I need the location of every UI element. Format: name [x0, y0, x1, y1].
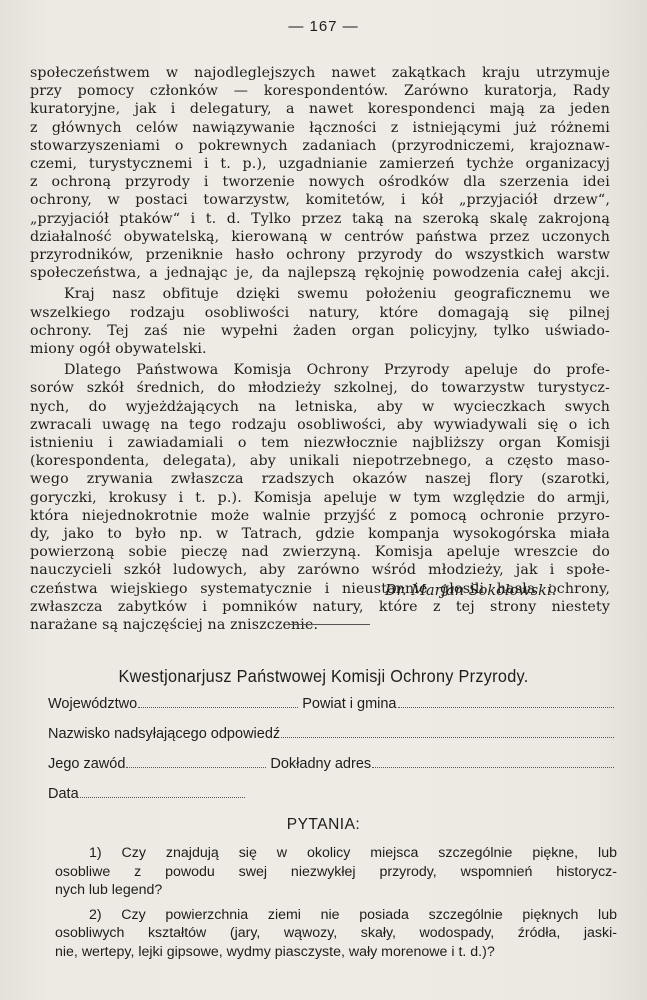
text-line: osobliwych kształtów (jary, wąwozy, skał… — [55, 924, 617, 943]
text-line: 1) Czy znajdują się w okolicy miejsca sz… — [55, 844, 617, 863]
questionnaire-form: Województwo Powiat i gmina Nazwisko nads… — [48, 696, 618, 816]
occupation-field[interactable] — [126, 756, 266, 768]
text-line: wego zrywania zwłaszcza rzadszych okazów… — [30, 470, 610, 488]
text-line: społeczeństwem w najodleglejszych nawet … — [30, 64, 610, 82]
text-line: nych, do wyjeżdżających na letniska, aby… — [30, 398, 610, 416]
text-line: narażane są najczęściej na zniszczenie. — [30, 616, 610, 634]
text-line: przy pomocy członków — korespondentów. Z… — [30, 82, 610, 100]
text-line: wszelkiego rodzaju osobliwości natury, k… — [30, 304, 610, 322]
text-line: miony ogół obywatelski. — [30, 340, 610, 358]
text-line: która niejednokrotnie może walnie przyjś… — [30, 507, 610, 525]
paragraph: społeczeństwem w najodleglejszych nawet … — [30, 64, 610, 282]
text-line: nauczycieli szkół ludowych, aby zarówno … — [30, 561, 610, 579]
form-row-occupation: Jego zawód Dokładny adres — [48, 756, 618, 786]
form-row-date: Data — [48, 786, 618, 816]
text-line: zwracali uwagę na tego rodzaju osobliwoś… — [30, 416, 610, 434]
scanned-page: — 167 — społeczeństwem w najodleglejszyc… — [0, 0, 647, 1000]
questionnaire-title: Kwestjonarjusz Państwowej Komisji Ochron… — [23, 666, 625, 687]
form-row-voivodeship: Województwo Powiat i gmina — [48, 696, 618, 726]
text-line: ochrony. Tej zaś nie wypełni żaden organ… — [30, 322, 610, 340]
address-field[interactable] — [372, 756, 614, 768]
address-label: Dokładny adres — [270, 756, 371, 772]
paragraph: Kraj nasz obfituje dzięki swemu położeni… — [30, 285, 610, 358]
occupation-label: Jego zawód — [48, 756, 125, 772]
district-field[interactable] — [398, 696, 615, 708]
text-line: zwłaszcza zabytków i pomników natury, kt… — [30, 598, 610, 616]
text-line: (korespondenta, delegata), aby unikali n… — [30, 452, 610, 470]
text-line: kuratoryjne, jak i delegatury, a nawet k… — [30, 100, 610, 118]
text-line: stowarzyszeniami o pokrewnych zadaniach … — [30, 137, 610, 155]
text-line: z ochroną przyrody i tworzenie nowych oś… — [30, 173, 610, 191]
text-line: Kraj nasz obfituje dzięki swemu położeni… — [30, 285, 610, 303]
questions-heading: PYTANIA: — [0, 816, 647, 834]
respondent-name-label: Nazwisko nadsyłającego odpowiedź — [48, 726, 280, 742]
author-signature: Dr. Marjan Sokołowski. — [385, 583, 556, 599]
date-field[interactable] — [80, 786, 245, 798]
question-item: 1) Czy znajdują się w okolicy miejsca sz… — [55, 844, 617, 900]
text-line: „przyjaciół ptaków“ i t. d. Tylko przez … — [30, 210, 610, 228]
district-label: Powiat i gmina — [302, 696, 396, 712]
text-line: goryczki, krokusy i t. p.). Komisja apel… — [30, 489, 610, 507]
respondent-name-field[interactable] — [281, 726, 614, 738]
voivodeship-field[interactable] — [138, 696, 298, 708]
section-divider — [290, 624, 370, 625]
form-row-respondent: Nazwisko nadsyłającego odpowiedź — [48, 726, 618, 756]
text-line: sorów szkół średnich, do młodzieży szkol… — [30, 379, 610, 397]
questions-list: 1) Czy znajdują się w okolicy miejsca sz… — [55, 844, 617, 961]
page-number: — 167 — — [0, 18, 647, 35]
article-body: społeczeństwem w najodleglejszych nawet … — [30, 64, 610, 634]
question-item: 2) Czy powierzchnia ziemi nie posiada sz… — [55, 906, 617, 962]
text-line: osobliwe z powodu swej niezwykłej przyro… — [55, 863, 617, 882]
text-line: czemi, turystycznemi i t. p.), uzgadnian… — [30, 155, 610, 173]
text-line: działalność obywatelską, kierowaną w cen… — [30, 228, 610, 246]
voivodeship-label: Województwo — [48, 696, 137, 712]
text-line: istnieniu i zawiadamiali o tem niezwłocz… — [30, 434, 610, 452]
text-line: z głównych celów nawiązywanie łączności … — [30, 119, 610, 137]
date-label: Data — [48, 786, 79, 802]
text-line: społeczeństwa, a jednając je, da najleps… — [30, 264, 610, 282]
text-line: nych lub legend? — [55, 881, 617, 900]
text-line: Dlatego Państwowa Komisja Ochrony Przyro… — [30, 361, 610, 379]
text-line: 2) Czy powierzchnia ziemi nie posiada sz… — [55, 906, 617, 925]
text-line: dy, jako to było np. w Tatrach, gdzie ko… — [30, 525, 610, 543]
text-line: nie, wertepy, lejki gipsowe, wydmy piasc… — [55, 943, 617, 962]
text-line: powierzoną sobie pieczę nad zwierzyną. K… — [30, 543, 610, 561]
text-line: ochrony, w postaci towarzystw, komitetów… — [30, 191, 610, 209]
text-line: przyrodników, przeniknie hasło ochrony p… — [30, 246, 610, 264]
